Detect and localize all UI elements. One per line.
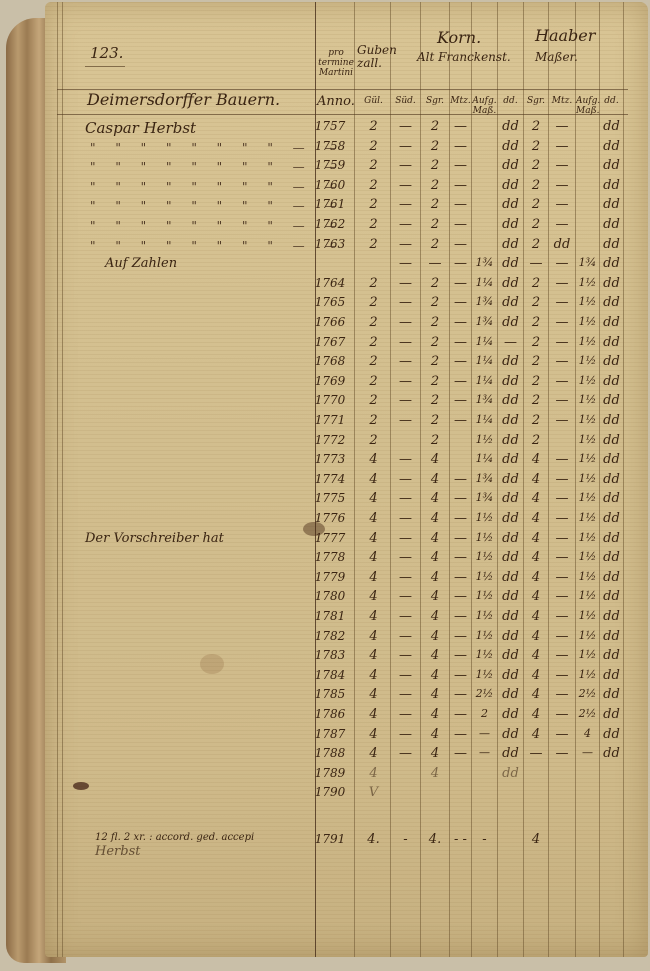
value-cell-kf: 1¼ xyxy=(472,413,497,426)
value-cell-k2: — xyxy=(450,354,471,369)
value-cell-kf: 1¼ xyxy=(472,452,497,465)
value-cell-g: 4 xyxy=(357,668,390,683)
value-cell-g: 4 xyxy=(357,550,390,565)
value-cell-k: 4 xyxy=(421,648,449,663)
value-cell-k: 4 xyxy=(421,746,449,761)
value-cell-hf: 1½ xyxy=(576,648,599,661)
value-cell-k: 2 xyxy=(421,158,449,173)
value-cell-k: 2 xyxy=(421,295,449,310)
value-cell-hd: dd xyxy=(600,727,623,742)
value-cell-hf: 1½ xyxy=(576,668,599,681)
value-cell-h2: — xyxy=(549,746,575,761)
value-cell-h2: — xyxy=(549,295,575,310)
value-cell-g: 2 xyxy=(357,119,390,134)
value-cell-h: 2 xyxy=(524,139,548,154)
value-cell-kf: 1¾ xyxy=(472,393,497,406)
value-cell-k: — xyxy=(421,256,449,271)
value-cell-kd: dd xyxy=(498,727,523,742)
value-cell-h2: — xyxy=(549,472,575,487)
year-cell: 1783 xyxy=(307,648,353,662)
value-cell-hf: 1½ xyxy=(576,335,599,348)
water-stain xyxy=(200,654,224,674)
value-cell-hf: 1½ xyxy=(576,491,599,504)
value-cell-k: 2 xyxy=(421,354,449,369)
value-cell-hd: dd xyxy=(600,511,623,526)
header-haber: Haaber xyxy=(535,26,595,45)
ditto-marks: " " " " " " " " — — xyxy=(90,180,345,194)
value-cell-hf: 1½ xyxy=(576,629,599,642)
sub-column-header: Sgr. xyxy=(421,96,449,106)
value-cell-s: — xyxy=(391,746,420,761)
value-cell-kd: dd xyxy=(498,746,523,761)
value-cell-kf: 1¾ xyxy=(472,472,497,485)
value-cell-hd: dd xyxy=(600,668,623,683)
value-cell-kf: 1¾ xyxy=(472,491,497,504)
value-cell-kd: dd xyxy=(498,315,523,330)
value-cell-k: 2 xyxy=(421,217,449,232)
value-cell-kf: 1½ xyxy=(472,570,497,583)
value-cell-kf: 1½ xyxy=(472,629,497,642)
value-cell-hd: dd xyxy=(600,139,623,154)
value-cell-s: — xyxy=(391,276,420,291)
value-cell-kd: dd xyxy=(498,139,523,154)
entry-name: Auf Zahlen xyxy=(105,256,177,271)
value-cell-kd: dd xyxy=(498,295,523,310)
value-cell-g: 2 xyxy=(357,217,390,232)
value-cell-s: — xyxy=(391,217,420,232)
value-cell-h2: — xyxy=(549,511,575,526)
value-cell-kd: — xyxy=(498,335,523,350)
value-cell-g: 2 xyxy=(357,374,390,389)
value-cell-k2: — xyxy=(450,335,471,350)
value-cell-k2: — xyxy=(450,256,471,271)
value-cell-kd: dd xyxy=(498,668,523,683)
value-cell-k: 4 xyxy=(421,687,449,702)
entry-name: Herbst xyxy=(95,844,140,859)
value-cell-hf: 1¾ xyxy=(576,256,599,269)
value-cell-kd: dd xyxy=(498,413,523,428)
value-cell-k: 2 xyxy=(421,413,449,428)
value-cell-hf: 1½ xyxy=(576,374,599,387)
value-cell-s: — xyxy=(391,393,420,408)
value-cell-kf: 1½ xyxy=(472,531,497,544)
value-cell-k: 2 xyxy=(421,237,449,252)
value-cell-kd: dd xyxy=(498,393,523,408)
value-cell-h2: — xyxy=(549,531,575,546)
value-cell-h: 4 xyxy=(524,629,548,644)
year-cell: 1764 xyxy=(307,276,353,290)
value-cell-h2: — xyxy=(549,452,575,467)
value-cell-k2: — xyxy=(450,687,471,702)
header-gulden-zall: Guben zall. xyxy=(357,44,391,70)
value-cell-kd: dd xyxy=(498,433,523,448)
value-cell-kf: 2 xyxy=(472,707,497,720)
ink-stain xyxy=(303,522,325,536)
value-cell-hf: 1½ xyxy=(576,413,599,426)
value-cell-g: 4 xyxy=(357,570,390,585)
value-cell-kd: dd xyxy=(498,609,523,624)
value-cell-s: — xyxy=(391,354,420,369)
value-cell-h: 4 xyxy=(524,550,548,565)
year-cell: 1789 xyxy=(307,766,353,780)
value-cell-k: 4. xyxy=(421,832,449,847)
value-cell-k2: — xyxy=(450,570,471,585)
value-cell-kd: dd xyxy=(498,237,523,252)
value-cell-k2: — xyxy=(450,648,471,663)
column-line xyxy=(354,2,355,957)
value-cell-h2: — xyxy=(549,158,575,173)
value-cell-h2: — xyxy=(549,629,575,644)
value-cell-hf: 1½ xyxy=(576,472,599,485)
value-cell-k: 2 xyxy=(421,178,449,193)
year-cell: 1791 xyxy=(307,832,353,846)
value-cell-k2: — xyxy=(450,511,471,526)
value-cell-hd: dd xyxy=(600,158,623,173)
year-cell: 1774 xyxy=(307,472,353,486)
value-cell-kf: 1½ xyxy=(472,550,497,563)
page-heading: Deimersdorffer Bauern. xyxy=(87,90,280,109)
value-cell-h2: — xyxy=(549,648,575,663)
value-cell-hd: dd xyxy=(600,178,623,193)
value-cell-hf: 1½ xyxy=(576,452,599,465)
value-cell-h: 2 xyxy=(524,374,548,389)
header-anno: Anno. xyxy=(317,94,355,109)
value-cell-h: 4 xyxy=(524,609,548,624)
value-cell-k: 4 xyxy=(421,452,449,467)
value-cell-g: 4 xyxy=(357,687,390,702)
value-cell-h2: — xyxy=(549,315,575,330)
year-cell: 1775 xyxy=(307,491,353,505)
value-cell-s: — xyxy=(391,197,420,212)
value-cell-g: 4 xyxy=(357,511,390,526)
sub-column-header: Süd. xyxy=(391,96,420,106)
year-cell: 1779 xyxy=(307,570,353,584)
value-cell-g: 4 xyxy=(357,648,390,663)
value-cell-h: 4 xyxy=(524,707,548,722)
value-cell-hd: dd xyxy=(600,589,623,604)
value-cell-h2: — xyxy=(549,374,575,389)
entry-name: Caspar Herbst xyxy=(85,119,196,137)
value-cell-hd: dd xyxy=(600,433,623,448)
value-cell-kf: 1½ xyxy=(472,668,497,681)
value-cell-hd: dd xyxy=(600,609,623,624)
ditto-marks: " " " " " " " " — — xyxy=(90,239,345,253)
sub-column-header: Aufg. Maß. xyxy=(472,96,497,116)
value-cell-hd: dd xyxy=(600,570,623,585)
value-cell-kd: dd xyxy=(498,217,523,232)
year-cell: 1772 xyxy=(307,433,353,447)
value-cell-h: 4 xyxy=(524,832,548,847)
value-cell-kd: dd xyxy=(498,629,523,644)
value-cell-kd: dd xyxy=(498,570,523,585)
value-cell-k2: — xyxy=(450,629,471,644)
value-cell-h: 2 xyxy=(524,315,548,330)
value-cell-g: 4 xyxy=(357,609,390,624)
value-cell-k2: — xyxy=(450,139,471,154)
value-cell-h2: — xyxy=(549,589,575,604)
value-cell-hf: — xyxy=(576,746,599,759)
value-cell-h: 4 xyxy=(524,491,548,506)
value-cell-h: 2 xyxy=(524,119,548,134)
value-cell-s: — xyxy=(391,727,420,742)
value-cell-kd: dd xyxy=(498,276,523,291)
sub-column-header: dd. xyxy=(498,96,523,106)
header-korn: Korn. xyxy=(437,28,481,47)
value-cell-g: 2 xyxy=(357,295,390,310)
value-cell-k2: — xyxy=(450,276,471,291)
value-cell-g: 4 xyxy=(357,727,390,742)
value-cell-hd: dd xyxy=(600,648,623,663)
value-cell-s: — xyxy=(391,491,420,506)
year-cell: 1766 xyxy=(307,315,353,329)
value-cell-k: 4 xyxy=(421,629,449,644)
value-cell-kf: 1¼ xyxy=(472,335,497,348)
value-cell-h: 4 xyxy=(524,531,548,546)
value-cell-kd: dd xyxy=(498,119,523,134)
value-cell-h2: — xyxy=(549,178,575,193)
value-cell-s: — xyxy=(391,570,420,585)
value-cell-hf: 1½ xyxy=(576,393,599,406)
value-cell-g: 2 xyxy=(357,413,390,428)
value-cell-hd: dd xyxy=(600,707,623,722)
value-cell-s: — xyxy=(391,452,420,467)
value-cell-kd: dd xyxy=(498,197,523,212)
value-cell-g: 4 xyxy=(357,746,390,761)
value-cell-k: 2 xyxy=(421,335,449,350)
value-cell-kf: 1¾ xyxy=(472,256,497,269)
value-cell-k2: — xyxy=(450,550,471,565)
value-cell-hf: 2½ xyxy=(576,707,599,720)
value-cell-h2: — xyxy=(549,491,575,506)
value-cell-hd: dd xyxy=(600,295,623,310)
value-cell-s: — xyxy=(391,237,420,252)
value-cell-kd: dd xyxy=(498,178,523,193)
page-number: 123. xyxy=(90,44,123,62)
value-cell-k: 4 xyxy=(421,668,449,683)
value-cell-hd: dd xyxy=(600,256,623,271)
value-cell-h: 4 xyxy=(524,472,548,487)
value-cell-k2: — xyxy=(450,237,471,252)
value-cell-g: 2 xyxy=(357,178,390,193)
value-cell-k2: — xyxy=(450,119,471,134)
value-cell-g: 2 xyxy=(357,393,390,408)
year-cell: 1770 xyxy=(307,393,353,407)
value-cell-k: 2 xyxy=(421,139,449,154)
value-cell-g: 4 xyxy=(357,491,390,506)
value-cell-kd: dd xyxy=(498,531,523,546)
value-cell-h: 4 xyxy=(524,668,548,683)
margin-line xyxy=(62,2,63,957)
value-cell-hd: dd xyxy=(600,276,623,291)
value-cell-h: 4 xyxy=(524,452,548,467)
value-cell-hf: 1½ xyxy=(576,511,599,524)
value-cell-k2: — xyxy=(450,589,471,604)
value-cell-k2: — xyxy=(450,491,471,506)
value-cell-hd: dd xyxy=(600,374,623,389)
value-cell-kd: dd xyxy=(498,374,523,389)
year-cell: 1788 xyxy=(307,746,353,760)
value-cell-hf: 1½ xyxy=(576,295,599,308)
value-cell-k: 4 xyxy=(421,511,449,526)
value-cell-kf: 1½ xyxy=(472,648,497,661)
value-cell-k2: — xyxy=(450,295,471,310)
value-cell-kf: 1¼ xyxy=(472,276,497,289)
value-cell-kf: 1½ xyxy=(472,609,497,622)
value-cell-h: 2 xyxy=(524,237,548,252)
value-cell-k2: — xyxy=(450,217,471,232)
value-cell-s: — xyxy=(391,531,420,546)
year-cell: 1757 xyxy=(307,119,353,133)
year-cell: 1787 xyxy=(307,727,353,741)
value-cell-hf: 1½ xyxy=(576,276,599,289)
value-cell-g: V xyxy=(357,785,390,800)
value-cell-h2: — xyxy=(549,727,575,742)
value-cell-s: — xyxy=(391,511,420,526)
value-cell-h2: — xyxy=(549,256,575,271)
value-cell-s: — xyxy=(391,158,420,173)
value-cell-hd: dd xyxy=(600,197,623,212)
value-cell-h2: — xyxy=(549,668,575,683)
value-cell-kf: 1¾ xyxy=(472,315,497,328)
value-cell-h: 2 xyxy=(524,354,548,369)
ditto-marks: " " " " " " " " — — xyxy=(90,219,345,233)
value-cell-hf: 1½ xyxy=(576,550,599,563)
value-cell-h2: — xyxy=(549,335,575,350)
value-cell-s: — xyxy=(391,668,420,683)
value-cell-hd: dd xyxy=(600,354,623,369)
value-cell-kd: dd xyxy=(498,766,523,781)
value-cell-hd: dd xyxy=(600,393,623,408)
value-cell-h2: — xyxy=(549,217,575,232)
value-cell-kd: dd xyxy=(498,550,523,565)
value-cell-h: 2 xyxy=(524,295,548,310)
value-cell-kf: 1¾ xyxy=(472,295,497,308)
value-cell-hf: 4 xyxy=(576,727,599,740)
entry-name: Der Vorschreiber hat xyxy=(85,531,224,546)
value-cell-h2: — xyxy=(549,609,575,624)
value-cell-k2: — xyxy=(450,393,471,408)
value-cell-k2: — xyxy=(450,609,471,624)
value-cell-s: — xyxy=(391,589,420,604)
value-cell-kd: dd xyxy=(498,707,523,722)
value-cell-kd: dd xyxy=(498,158,523,173)
value-cell-h2: dd xyxy=(549,237,575,252)
value-cell-hf: 1½ xyxy=(576,609,599,622)
value-cell-g: 2 xyxy=(357,276,390,291)
value-cell-k: 4 xyxy=(421,570,449,585)
value-cell-hd: dd xyxy=(600,491,623,506)
value-cell-h2: — xyxy=(549,687,575,702)
value-cell-kd: dd xyxy=(498,491,523,506)
value-cell-k: 4 xyxy=(421,472,449,487)
value-cell-h: 2 xyxy=(524,335,548,350)
value-cell-hd: dd xyxy=(600,746,623,761)
value-cell-k: 4 xyxy=(421,766,449,781)
value-cell-kf: — xyxy=(472,727,497,740)
value-cell-s: — xyxy=(391,550,420,565)
year-cell: 1784 xyxy=(307,668,353,682)
value-cell-s: - xyxy=(391,832,420,847)
value-cell-hd: dd xyxy=(600,472,623,487)
value-cell-g: 2 xyxy=(357,237,390,252)
ink-stain xyxy=(73,782,89,790)
value-cell-h: 2 xyxy=(524,413,548,428)
value-cell-hf: 1½ xyxy=(576,589,599,602)
value-cell-g: 4 xyxy=(357,531,390,546)
value-cell-hd: dd xyxy=(600,217,623,232)
value-cell-h: 2 xyxy=(524,197,548,212)
value-cell-s: — xyxy=(391,374,420,389)
year-cell: 1768 xyxy=(307,354,353,368)
value-cell-h2: — xyxy=(549,276,575,291)
value-cell-g: 2 xyxy=(357,197,390,212)
value-cell-hd: dd xyxy=(600,237,623,252)
year-cell: 1771 xyxy=(307,413,353,427)
year-cell: 1778 xyxy=(307,550,353,564)
value-cell-s: — xyxy=(391,609,420,624)
header-pro-termine: pro termine Martini xyxy=(318,48,354,78)
value-cell-k2: — xyxy=(450,707,471,722)
year-cell: 1781 xyxy=(307,609,353,623)
value-cell-kd: dd xyxy=(498,648,523,663)
value-cell-kd: dd xyxy=(498,256,523,271)
value-cell-h: — xyxy=(524,746,548,761)
value-cell-kf: 1½ xyxy=(472,433,497,446)
value-cell-k: 4 xyxy=(421,589,449,604)
value-cell-h: 4 xyxy=(524,648,548,663)
year-cell: 1785 xyxy=(307,687,353,701)
value-cell-h2: — xyxy=(549,550,575,565)
value-cell-h: 4 xyxy=(524,511,548,526)
ledger-page: 123. Deimersdorffer Bauern. pro termine … xyxy=(45,2,648,957)
ditto-marks: " " " " " " " " — — xyxy=(90,141,345,155)
ditto-marks: " " " " " " " " — — xyxy=(90,160,345,174)
value-cell-k: 2 xyxy=(421,433,449,448)
value-cell-k2: — xyxy=(450,746,471,761)
value-cell-g: 4 xyxy=(357,589,390,604)
sub-column-header: Mtz. xyxy=(549,96,575,106)
year-cell: 1773 xyxy=(307,452,353,466)
value-cell-k2: — xyxy=(450,374,471,389)
value-cell-k: 2 xyxy=(421,374,449,389)
value-cell-s: — xyxy=(391,256,420,271)
value-cell-hf: 1½ xyxy=(576,570,599,583)
value-cell-s: — xyxy=(391,629,420,644)
value-cell-hd: dd xyxy=(600,531,623,546)
value-cell-s: — xyxy=(391,413,420,428)
value-cell-s: — xyxy=(391,178,420,193)
value-cell-k2: - - xyxy=(450,832,471,847)
sub-column-header: Sgr. xyxy=(524,96,548,106)
column-line xyxy=(623,2,624,957)
value-cell-s: — xyxy=(391,687,420,702)
value-cell-k: 4 xyxy=(421,491,449,506)
value-cell-k2: — xyxy=(450,178,471,193)
value-cell-h: — xyxy=(524,256,548,271)
value-cell-hf: 1½ xyxy=(576,315,599,328)
value-cell-hd: dd xyxy=(600,413,623,428)
ditto-marks: " " " " " " " " — — xyxy=(90,199,345,213)
value-cell-kf: - xyxy=(472,832,497,847)
value-cell-g: 2 xyxy=(357,433,390,448)
value-cell-h2: — xyxy=(549,197,575,212)
value-cell-kd: dd xyxy=(498,687,523,702)
value-cell-kd: dd xyxy=(498,472,523,487)
margin-line xyxy=(57,2,58,957)
value-cell-hd: dd xyxy=(600,687,623,702)
value-cell-h: 2 xyxy=(524,217,548,232)
value-cell-g: 2 xyxy=(357,335,390,350)
